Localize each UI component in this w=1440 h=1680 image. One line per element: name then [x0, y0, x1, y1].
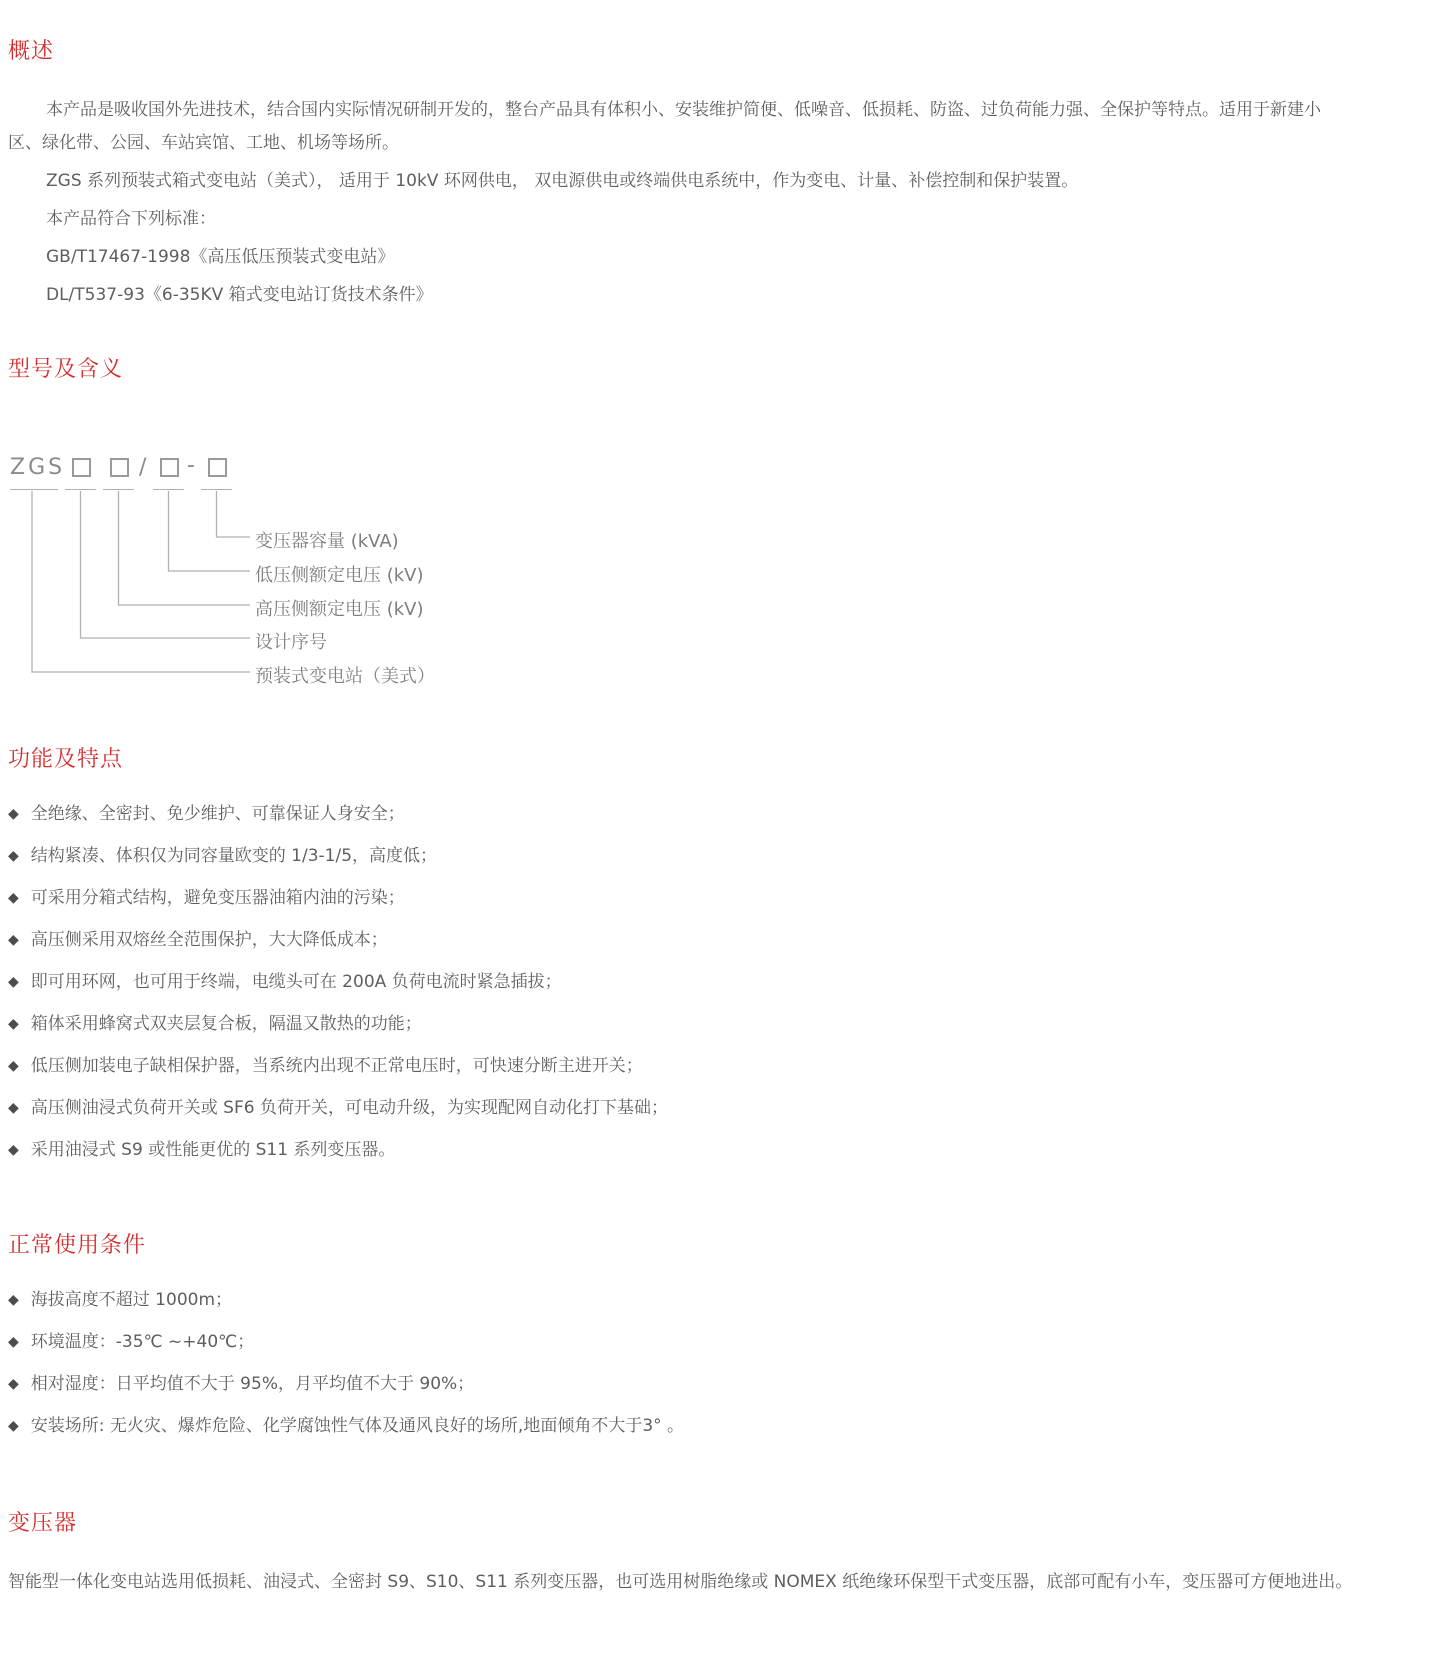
- conditions-heading: 正常使用条件: [8, 1234, 1440, 1258]
- condition-text: 海拔高度不超过 1000m；: [31, 1288, 232, 1313]
- diamond-bullet-icon: ◆: [8, 1096, 19, 1121]
- model-heading: 型号及含义: [8, 358, 1440, 382]
- feature-text: 低压侧加装电子缺相保护器，当系统内出现不正常电压时，可快速分断主进开关；: [31, 1054, 643, 1079]
- list-item: ◆结构紧凑、体积仅为同容量欧变的 1/3-1/5，高度低；: [8, 844, 1440, 869]
- diamond-bullet-icon: ◆: [8, 802, 19, 827]
- model-dash: -: [187, 453, 195, 478]
- diamond-bullet-icon: ◆: [8, 1372, 19, 1397]
- model-label-design-no: 设计序号: [255, 628, 327, 654]
- conditions-list: ◆海拔高度不超过 1000m； ◆环境温度：-35℃ ~+40℃； ◆相对湿度：…: [8, 1288, 1440, 1439]
- feature-text: 可采用分箱式结构，避免变压器油箱内油的污染；: [31, 886, 405, 911]
- list-item: ◆低压侧加装电子缺相保护器，当系统内出现不正常电压时，可快速分断主进开关；: [8, 1054, 1440, 1079]
- diamond-bullet-icon: ◆: [8, 1414, 19, 1439]
- section-features: 功能及特点 ◆全绝缘、全密封、免少维护、可靠保证人身安全； ◆结构紧凑、体积仅为…: [8, 748, 1440, 1180]
- feature-text: 箱体采用蜂窝式双夹层复合板，隔温又散热的功能；: [31, 1012, 422, 1037]
- code-underline: [103, 489, 134, 490]
- list-item: ◆采用油浸式 S9 或性能更优的 S11 系列变压器。: [8, 1138, 1440, 1163]
- features-list: ◆全绝缘、全密封、免少维护、可靠保证人身安全； ◆结构紧凑、体积仅为同容量欧变的…: [8, 802, 1440, 1163]
- model-label-capacity: 变压器容量 (kVA): [255, 527, 399, 553]
- list-item: ◆相对湿度：日平均值不大于 95%，月平均值不大于 90%；: [8, 1372, 1440, 1397]
- model-code-box: [160, 458, 179, 477]
- code-underline: [10, 489, 58, 490]
- features-heading: 功能及特点: [8, 748, 1440, 772]
- list-item: ◆环境温度：-35℃ ~+40℃；: [8, 1330, 1440, 1355]
- feature-text: 高压侧油浸式负荷开关或 SF6 负荷开关，可电动升级，为实现配网自动化打下基础；: [31, 1096, 668, 1121]
- feature-text: 高压侧采用双熔丝全范围保护，大大降低成本；: [31, 928, 388, 953]
- condition-text: 安装场所: 无火灾、爆炸危险、化学腐蚀性气体及通风良好的场所,地面倾角不大于3°…: [31, 1414, 684, 1439]
- diamond-bullet-icon: ◆: [8, 1138, 19, 1163]
- overview-paragraph: 本产品符合下列标准：: [8, 203, 1330, 236]
- model-label-hv-voltage: 高压侧额定电压 (kV): [255, 595, 424, 621]
- feature-text: 结构紧凑、体积仅为同容量欧变的 1/3-1/5，高度低；: [31, 844, 437, 869]
- feature-text: 全绝缘、全密封、免少维护、可靠保证人身安全；: [31, 802, 405, 827]
- diamond-bullet-icon: ◆: [8, 886, 19, 911]
- section-overview: 概述 本产品是吸收国外先进技术，结合国内实际情况研制开发的，整台产品具有体积小、…: [8, 40, 1440, 317]
- section-transformer: 变压器 智能型一体化变电站选用低损耗、油浸式、全密封 S9、S10、S11 系列…: [8, 1512, 1440, 1601]
- code-underline: [153, 489, 184, 490]
- section-operating-conditions: 正常使用条件 ◆海拔高度不超过 1000m； ◆环境温度：-35℃ ~+40℃；…: [8, 1234, 1440, 1456]
- list-item: ◆高压侧油浸式负荷开关或 SF6 负荷开关，可电动升级，为实现配网自动化打下基础…: [8, 1096, 1440, 1121]
- list-item: ◆高压侧采用双熔丝全范围保护，大大降低成本；: [8, 928, 1440, 953]
- diamond-bullet-icon: ◆: [8, 970, 19, 995]
- transformer-paragraph: 智能型一体化变电站选用低损耗、油浸式、全密封 S9、S10、S11 系列变压器，…: [8, 1564, 1360, 1601]
- condition-text: 相对湿度：日平均值不大于 95%，月平均值不大于 90%；: [31, 1372, 474, 1397]
- diamond-bullet-icon: ◆: [8, 1330, 19, 1355]
- overview-paragraph: 本产品是吸收国外先进技术，结合国内实际情况研制开发的，整台产品具有体积小、安装维…: [8, 94, 1330, 160]
- diamond-bullet-icon: ◆: [8, 844, 19, 869]
- model-label-lv-voltage: 低压侧额定电压 (kV): [255, 561, 424, 587]
- list-item: ◆可采用分箱式结构，避免变压器油箱内油的污染；: [8, 886, 1440, 911]
- feature-text: 采用油浸式 S9 或性能更优的 S11 系列变压器。: [31, 1138, 396, 1163]
- standard-reference: DL/T537-93《6-35KV 箱式变电站订货技术条件》: [8, 279, 1330, 312]
- model-code-diagram: ZGS / - 变压器容量 (kVA) 低压侧额定电压 (kV) 高压侧额定电压…: [8, 453, 728, 703]
- list-item: ◆海拔高度不超过 1000m；: [8, 1288, 1440, 1313]
- list-item: ◆全绝缘、全密封、免少维护、可靠保证人身安全；: [8, 802, 1440, 827]
- code-underline: [65, 489, 96, 490]
- model-code-box: [72, 458, 91, 477]
- diamond-bullet-icon: ◆: [8, 1012, 19, 1037]
- model-code-box: [110, 458, 129, 477]
- diamond-bullet-icon: ◆: [8, 1054, 19, 1079]
- transformer-heading: 变压器: [8, 1512, 1440, 1536]
- code-underline: [201, 489, 232, 490]
- standard-reference: GB/T17467-1998《高压低压预装式变电站》: [8, 241, 1330, 274]
- overview-body: 本产品是吸收国外先进技术，结合国内实际情况研制开发的，整台产品具有体积小、安装维…: [8, 94, 1440, 312]
- list-item: ◆即可用环网，也可用于终端，电缆头可在 200A 负荷电流时紧急插拔；: [8, 970, 1440, 995]
- overview-paragraph: ZGS 系列预装式箱式变电站（美式）， 适用于 10kV 环网供电， 双电源供电…: [8, 165, 1330, 198]
- product-datasheet-page: 概述 本产品是吸收国外先进技术，结合国内实际情况研制开发的，整台产品具有体积小、…: [0, 0, 1440, 1680]
- overview-heading: 概述: [8, 40, 1440, 64]
- list-item: ◆安装场所: 无火灾、爆炸危险、化学腐蚀性气体及通风良好的场所,地面倾角不大于3…: [8, 1414, 1440, 1439]
- diamond-bullet-icon: ◆: [8, 1288, 19, 1313]
- list-item: ◆箱体采用蜂窝式双夹层复合板，隔温又散热的功能；: [8, 1012, 1440, 1037]
- condition-text: 环境温度：-35℃ ~+40℃；: [31, 1330, 254, 1355]
- model-prefix: ZGS: [10, 455, 65, 480]
- model-slash: /: [139, 455, 146, 480]
- model-code-box: [208, 458, 227, 477]
- diamond-bullet-icon: ◆: [8, 928, 19, 953]
- model-label-station-type: 预装式变电站（美式）: [255, 662, 435, 688]
- section-model-designation: 型号及含义 ZGS / - 变压器容量 (kVA) 低压侧额定电压 (kV): [8, 358, 1440, 718]
- feature-text: 即可用环网，也可用于终端，电缆头可在 200A 负荷电流时紧急插拔；: [31, 970, 562, 995]
